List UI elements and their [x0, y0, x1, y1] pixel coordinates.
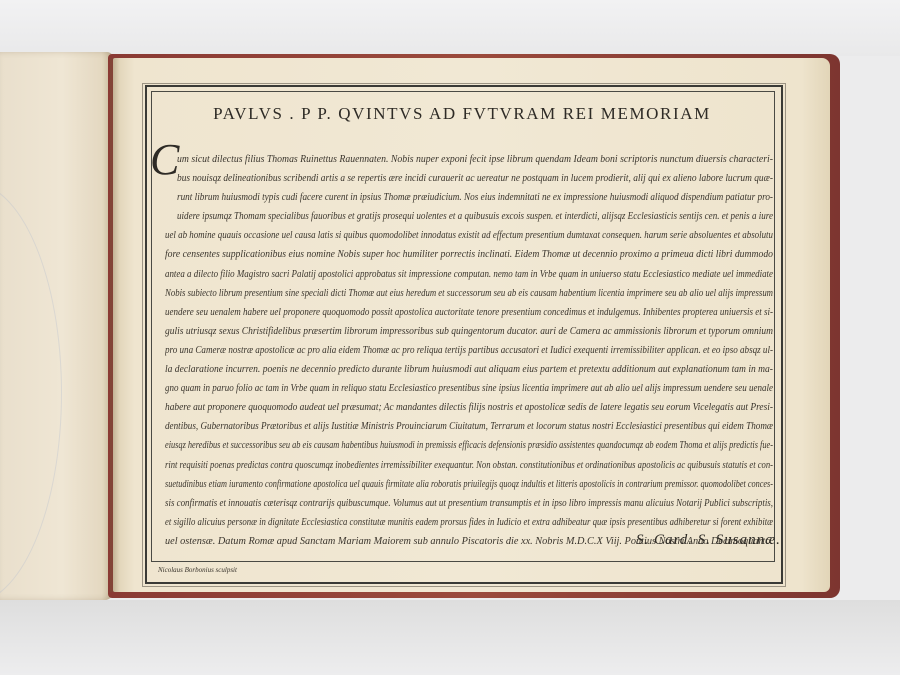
show-through-arc	[0, 182, 62, 604]
text-line: fore censentes supplicationibus eius nom…	[165, 245, 777, 264]
text-line: suetudinibus etiam iuramento confirmatio…	[165, 475, 777, 494]
privilege-text: um sicut dilectus filius Thomas Ruinettu…	[165, 150, 777, 551]
left-page	[0, 52, 113, 600]
engraver-credit: Nicolaus Borbonius sculpsit	[158, 566, 237, 574]
text-line: rint requisiti poenas predictas contra q…	[165, 456, 777, 475]
text-line: uel ab homine quauis occasione uel causa…	[165, 226, 777, 245]
text-line: antea a dilecto filio Magistro sacri Pal…	[165, 265, 777, 284]
text-line: uendere seu uenalem habere uel proponere…	[165, 303, 777, 322]
text-line: uidere ipsumqz Thomam specialibus fauori…	[165, 207, 777, 226]
gutter-shadow	[110, 58, 120, 592]
text-line: habere aut proponere quoquomodo audeat u…	[165, 398, 777, 417]
text-line: gno quam in paruo folio ac tam in Vrbe q…	[165, 379, 777, 398]
text-line: bus nouisqz delineationibus scribendi ar…	[165, 169, 777, 188]
text-line: Nobis subiecto librum presentium sine sp…	[165, 284, 777, 303]
text-line: pro una Cameræ nostræ apostolicæ ac pro …	[165, 341, 777, 360]
text-line: et sigillo alicuius personæ in dignitate…	[165, 513, 777, 532]
background-top	[0, 0, 900, 56]
page-title: PAVLVS . P P. QVINTVS AD FVTVRAM REI MEM…	[151, 104, 773, 124]
background-bottom	[0, 600, 900, 675]
text-line: um sicut dilectus filius Thomas Ruinettu…	[165, 150, 777, 169]
text-line: sis confirmatis et innouatis cæterisqz c…	[165, 494, 777, 513]
text-line: dentibus, Gubernatoribus Prætoribus et a…	[165, 417, 777, 436]
text-line: runt librum huiusmodi typis cudi facere …	[165, 188, 777, 207]
cardinal-signature: S. Card. S. Susannæ.	[636, 532, 781, 549]
text-line: gulis utriusqz sexus Christifidelibus pr…	[165, 322, 777, 341]
text-line: eiusqz heredibus et successoribus seu ab…	[165, 436, 777, 455]
text-line: la declaratione incurren. poenis ne dece…	[165, 360, 777, 379]
